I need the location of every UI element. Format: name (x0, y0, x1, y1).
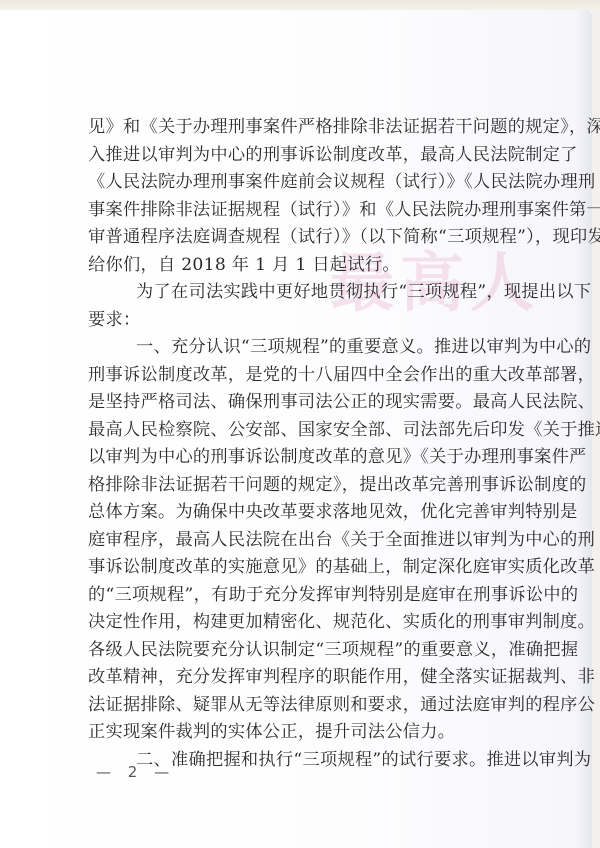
text-line: 总体方案。为确保中央改革要求落地见效，优化完善审判特别是 (88, 499, 528, 527)
text-line: 入推进以审判为中心的刑事诉讼制度改革，最高人民法院制定了 (88, 142, 528, 170)
text-line: 庭审程序，最高人民法院在出台《关于全面推进以审判为中心的刑 (88, 527, 528, 555)
text-line: 以审判为中心的刑事诉讼制度改革的意见》《关于办理刑事案件严 (88, 444, 528, 472)
text-line: 《人民法院办理刑事案件庭前会议规程（试行）》《人民法院办理刑 (88, 169, 528, 197)
text-line: 各级人民法院要充分认识制定“三项规程”的重要意义，准确把握 (88, 637, 528, 665)
text-line: 给你们，自 2018 年 1 月 1 日起试行。 (88, 252, 528, 280)
text-line: 正实现案件裁判的实体公正，提升司法公信力。 (88, 719, 528, 747)
text-line: 为了在司法实践中更好地贯彻执行“三项规程”，现提出以下 (88, 279, 528, 307)
text-line: 决定性作用，构建更加精密化、规范化、实质化的刑事审判制度。 (88, 609, 528, 637)
text-line: 事案件排除非法证据规程（试行）》和《人民法院办理刑事案件第一 (88, 197, 528, 225)
text-line: 要求： (88, 307, 528, 335)
text-line: 事诉讼制度改革的实施意见》的基础上，制定深化庭审实质化改革 (88, 554, 528, 582)
text-line: 一、充分认识“三项规程”的重要意义。推进以审判为中心的 (88, 334, 528, 362)
body-text: 见》和《关于办理刑事案件严格排除非法证据若干问题的规定》，深入推进以审判为中心的… (88, 114, 528, 774)
text-line: 的“三项规程”，有助于充分发挥审判特别是庭审在刑事诉讼中的 (88, 582, 528, 610)
page-number: — 2 — (96, 763, 175, 781)
text-line: 格排除非法证据若干问题的规定》，提出改革完善刑事诉讼制度的 (88, 472, 528, 500)
text-line: 见》和《关于办理刑事案件严格排除非法证据若干问题的规定》，深 (88, 114, 528, 142)
text-line: 审普通程序法庭调查规程（试行）》（以下简称“三项规程”），现印发 (88, 224, 528, 252)
text-line: 最高人民检察院、公安部、国家安全部、司法部先后印发《关于推进 (88, 417, 528, 445)
text-line: 刑事诉讼制度改革，是党的十八届四中全会作出的重大改革部署， (88, 362, 528, 390)
text-line: 是坚持严格司法、确保刑事司法公正的现实需要。最高人民法院、 (88, 389, 528, 417)
text-line: 改革精神，充分发挥审判程序的职能作用，健全落实证据裁判、非 (88, 664, 528, 692)
text-line: 法证据排除、疑罪从无等法律原则和要求，通过法庭审判的程序公 (88, 692, 528, 720)
